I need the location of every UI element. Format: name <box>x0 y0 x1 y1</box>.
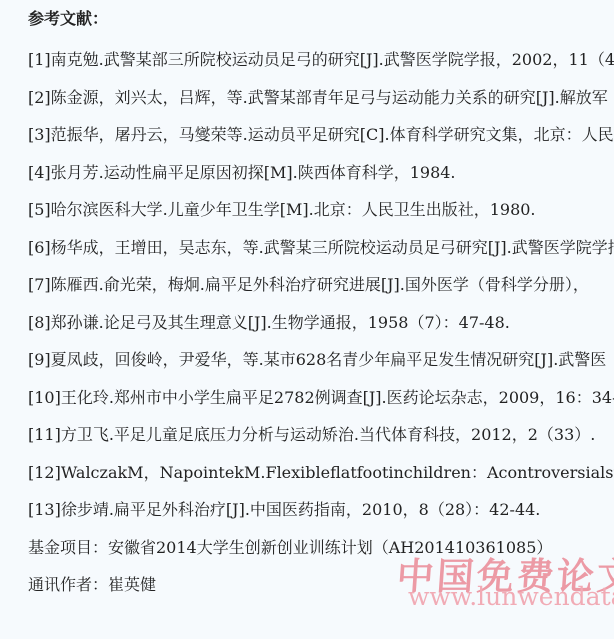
reference-item-13: [13]徐步靖.扁平足外科治疗[J].中国医药指南，2010，8（28）：42-… <box>28 491 614 529</box>
reference-item-4: [4]张月芳.运动性扁平足原因初探[M].陕西体育科学，1984. <box>28 154 614 192</box>
reference-item-6: [6]杨华成，王增田，吴志东，等.武警某三所院校运动员足弓研究[J].武警医学院… <box>28 229 614 267</box>
reference-item-1: [1]南克勉.武警某部三所院校运动员足弓的研究[J].武警医学院学报，2002，… <box>28 41 614 79</box>
reference-item-11: [11]方卫飞.平足儿童足底压力分析与运动矫治.当代体育科技，2012，2（33… <box>28 416 614 454</box>
reference-list: [1]南克勉.武警某部三所院校运动员足弓的研究[J].武警医学院学报，2002，… <box>28 41 614 604</box>
reference-item-8: [8]郑孙谦.论足弓及其生理意义[J].生物学通报，1958（7）：47-48. <box>28 304 614 342</box>
reference-item-7: [7]陈雁西.俞光荣，梅炯.扁平足外科治疗研究进展[J].国外医学（骨科学分册）… <box>28 266 614 304</box>
document-page: { "page": { "background_color": "#f6fafd… <box>0 0 614 639</box>
reference-item-12: [12]WalczakM，NapointekM.Flexibleflatfoot… <box>28 454 614 492</box>
reference-item-9: [9]夏凤歧，回俊岭，尹爱华，等.某市628名青少年扁平足发生情况研究[J].武… <box>28 341 614 379</box>
reference-item-10: [10]王化玲.郑州市中小学生扁平足2782例调查[J].医药论坛杂志，2009… <box>28 379 614 417</box>
reference-item-5: [5]哈尔滨医科大学.儿童少年卫生学[M].北京：人民卫生出版社，1980. <box>28 191 614 229</box>
fund-project-line: 基金项目：安徽省2014大学生创新创业训练计划（AH201410361085） <box>28 529 614 567</box>
reference-item-3: [3]范振华，屠丹云，马燮荣等.运动员平足研究[C].体育科学研究文集，北京：人… <box>28 116 614 154</box>
corresponding-author-line: 通讯作者：崔英健 <box>28 566 614 604</box>
references-heading: 参考文献： <box>28 6 108 29</box>
reference-item-2: [2]陈金源，刘兴太，吕辉，等.武警某部青年足弓与运动能力关系的研究[J].解放… <box>28 79 614 117</box>
